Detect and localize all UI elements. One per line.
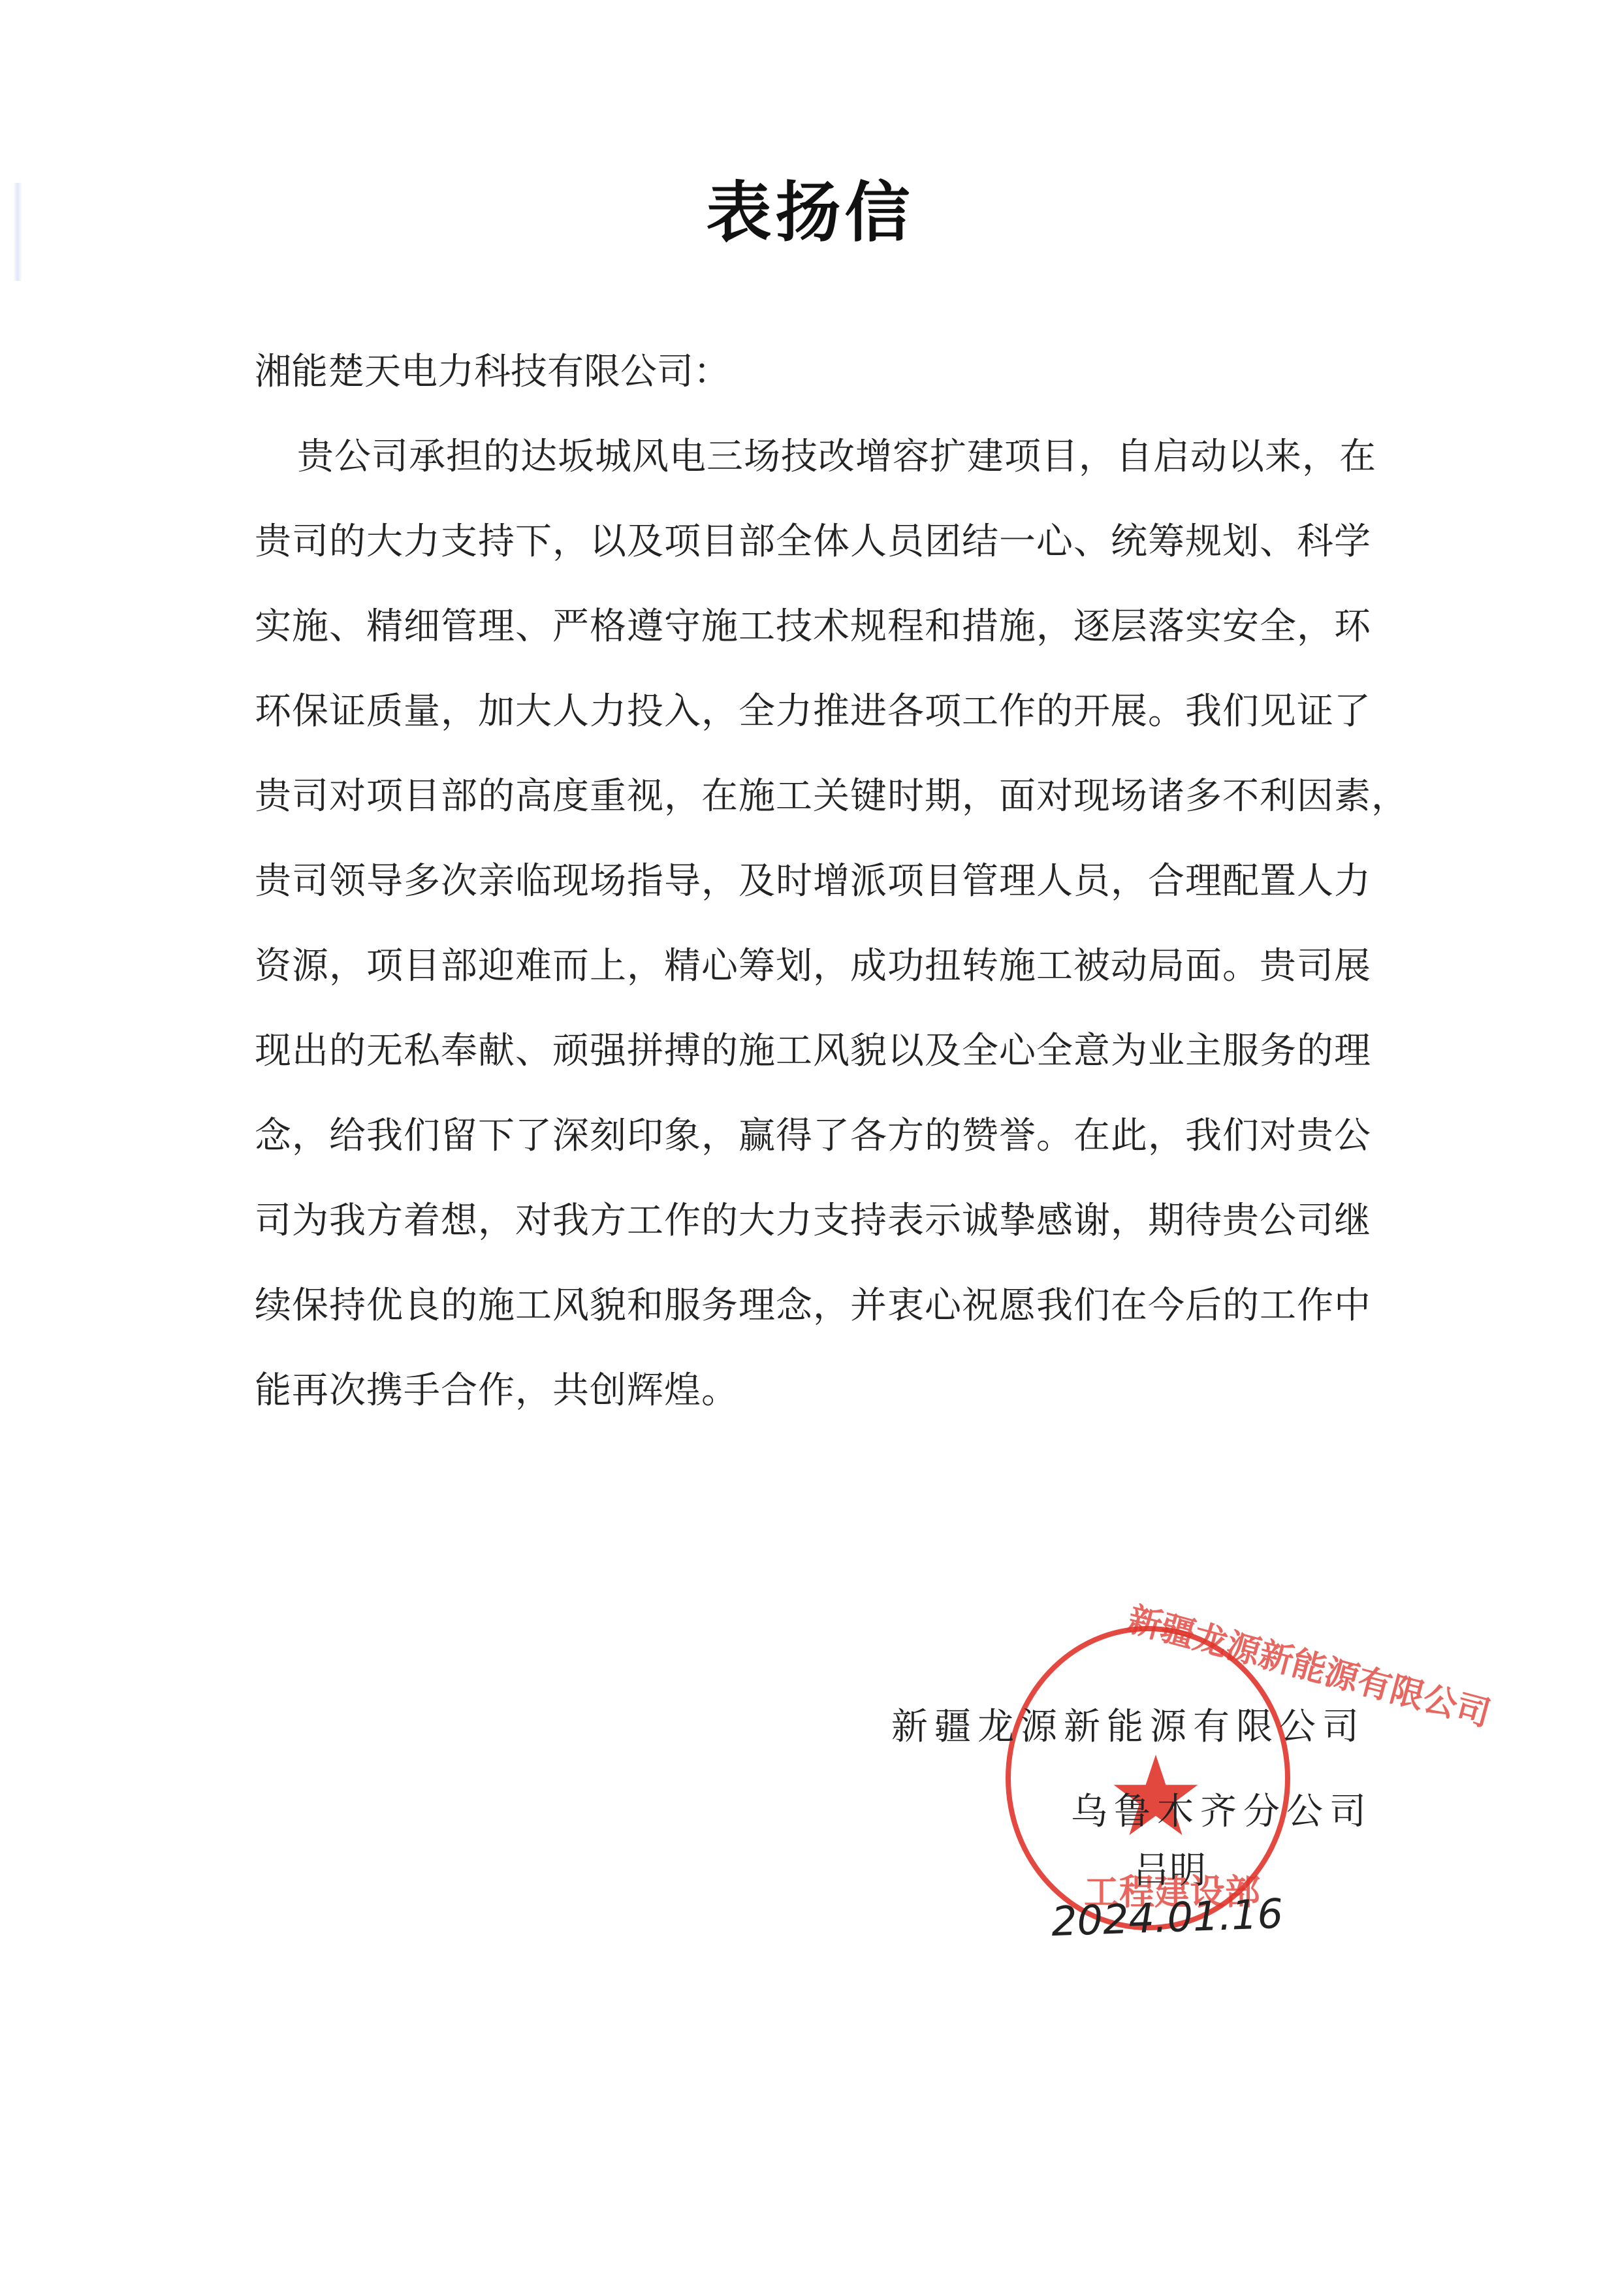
body-line: 贵司的大力支持下，以及项目部全体人员团结一心、统筹规划、科学 — [255, 513, 1371, 565]
body-line: 资源，项目部迎难而上，精心筹划，成功扭转施工被动局面。贵司展 — [255, 937, 1371, 989]
body-line: 司为我方着想，对我方工作的大力支持表示诚挚感谢，期待贵公司继 — [255, 1192, 1371, 1244]
body-line: 续保持优良的施工风貌和服务理念，并衷心祝愿我们在今后的工作中 — [255, 1277, 1371, 1329]
body-line: 贵司对项目部的高度重视，在施工关键时期，面对现场诸多不利因素， — [255, 767, 1408, 820]
handwritten-date: 2024.01.16 — [1051, 1890, 1284, 1945]
body-line: 贵司领导多次亲临现场指导，及时增派项目管理人员，合理配置人力 — [255, 852, 1371, 904]
body-line: 贵公司承担的达坂城风电三场技改增容扩建项目，自启动以来，在 — [297, 428, 1376, 480]
body-line: 念，给我们留下了深刻印象，赢得了各方的赞誉。在此，我们对贵公 — [255, 1107, 1371, 1159]
body-line: 现出的无私奉献、顽强拼搏的施工风貌以及全心全意为业主服务的理 — [255, 1022, 1371, 1074]
body-line: 环保证质量，加大人力投入，全力推进各项工作的开展。我们见证了 — [255, 682, 1371, 735]
handwritten-signer: 吕明 — [1133, 1842, 1206, 1894]
salutation: 湘能楚天电力科技有限公司： — [255, 343, 730, 395]
body-line: 能再次携手合作，共创辉煌。 — [255, 1362, 739, 1414]
document-title: 表扬信 — [0, 160, 1620, 254]
signature-branch: 乌鲁木齐分公司 — [1071, 1783, 1373, 1835]
signature-company: 新疆龙源新能源有限公司 — [891, 1698, 1365, 1750]
body-line: 实施、精细管理、严格遵守施工技术规程和措施，逐层落实安全，环 — [255, 598, 1371, 650]
